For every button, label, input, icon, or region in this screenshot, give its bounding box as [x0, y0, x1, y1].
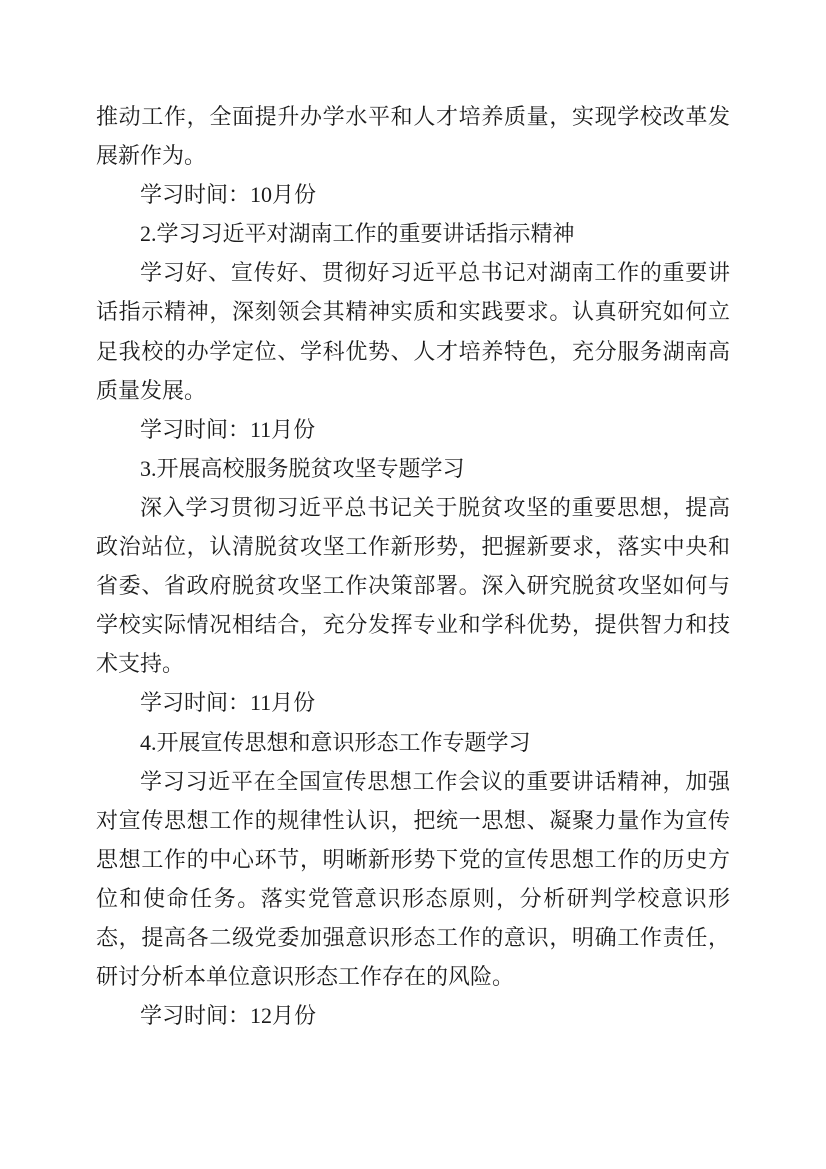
study-time-december: 学习时间：12月份 — [96, 996, 730, 1035]
section-heading-2: 2.学习习近平对湖南工作的重要讲话指示精神 — [96, 214, 730, 253]
section-2-body: 学习好、宣传好、贯彻好习近平总书记对湖南工作的重要讲话指示精神，深刻领会其精神实… — [96, 253, 730, 409]
study-time-november-1: 学习时间：11月份 — [96, 410, 730, 449]
document-page: 推动工作，全面提升办学水平和人才培养质量，实现学校改革发展新作为。 学习时间：1… — [0, 0, 826, 1169]
study-time-october: 学习时间：10月份 — [96, 175, 730, 214]
section-3-body: 深入学习贯彻习近平总书记关于脱贫攻坚的重要思想，提高政治站位，认清脱贫攻坚工作新… — [96, 488, 730, 683]
study-time-november-2: 学习时间：11月份 — [96, 683, 730, 722]
paragraph-continuation: 推动工作，全面提升办学水平和人才培养质量，实现学校改革发展新作为。 — [96, 97, 730, 175]
section-heading-4: 4.开展宣传思想和意识形态工作专题学习 — [96, 723, 730, 762]
section-4-body: 学习习近平在全国宣传思想工作会议的重要讲话精神，加强对宣传思想工作的规律性认识，… — [96, 762, 730, 997]
section-heading-3: 3.开展高校服务脱贫攻坚专题学习 — [96, 449, 730, 488]
document-text-area: 推动工作，全面提升办学水平和人才培养质量，实现学校改革发展新作为。 学习时间：1… — [96, 97, 730, 1035]
